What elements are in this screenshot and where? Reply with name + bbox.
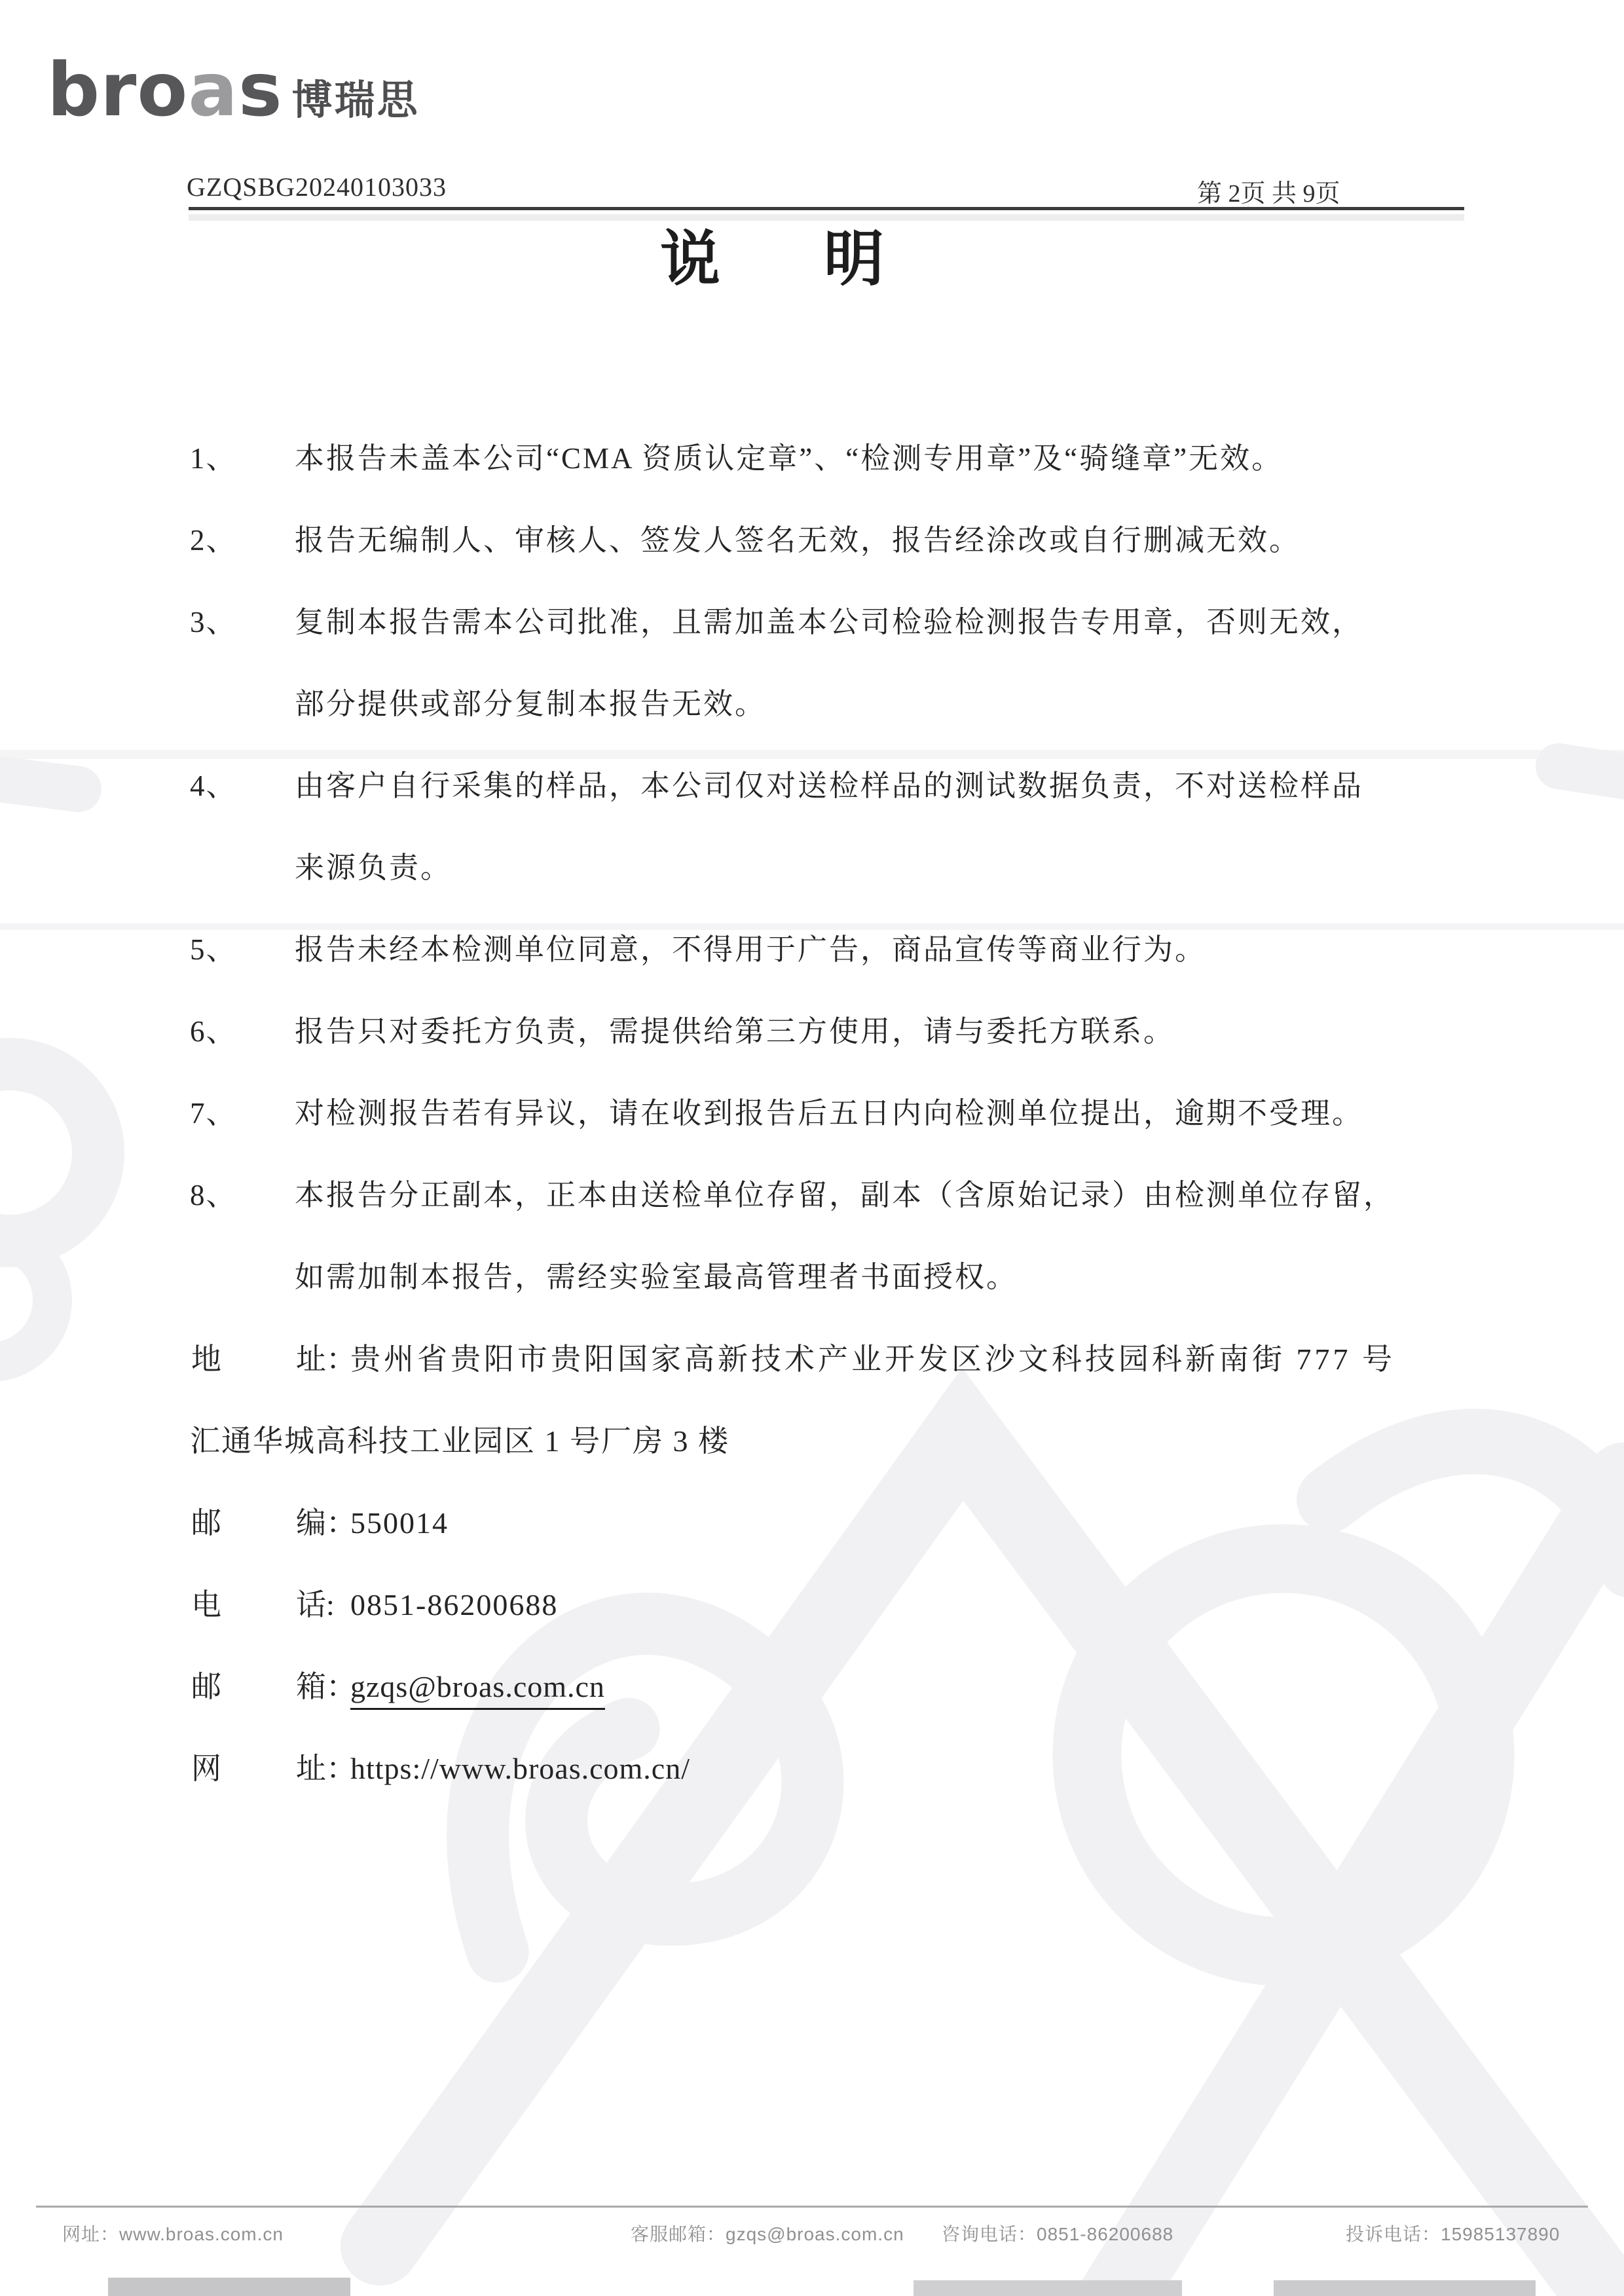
phone-label-colon: 话: bbox=[296, 1586, 335, 1624]
note-line: 部分提供或部分复制本报告无效。 bbox=[295, 686, 766, 722]
note-line: 来源负责。 bbox=[295, 849, 452, 886]
phone-value: 0851-86200688 bbox=[350, 1586, 558, 1624]
note-number: 6、 bbox=[190, 1013, 237, 1050]
note-line: 本报告分正副本，正本由送检单位存留，副本（含原始记录）由检测单位存留， bbox=[295, 1177, 1395, 1213]
note-line: 如需加制本报告，需经实验室最高管理者书面授权。 bbox=[295, 1259, 1018, 1295]
note-number: 7、 bbox=[190, 1095, 237, 1132]
address-value-line2: 汇通华城高科技工业园区 1 号厂房 3 楼 bbox=[190, 1422, 729, 1460]
website-label: 网 bbox=[191, 1750, 221, 1788]
header-rule-shadow bbox=[189, 214, 1464, 221]
website-value: https://www.broas.com.cn/ bbox=[350, 1750, 690, 1788]
note-line: 报告未经本检测单位同意，不得用于广告，商品宣传等商业行为。 bbox=[295, 931, 1206, 968]
note-number: 3、 bbox=[190, 604, 237, 640]
zip-label: 邮 bbox=[191, 1504, 221, 1542]
note-line: 复制本报告需本公司批准，且需加盖本公司检验检测报告专用章，否则无效， bbox=[295, 604, 1363, 640]
email-label: 邮 bbox=[191, 1668, 221, 1706]
address-value: 贵州省贵阳市贵阳国家高新技术产业开发区沙文科技园科新南街 777 号 bbox=[350, 1341, 1395, 1379]
zip-value: 550014 bbox=[350, 1504, 449, 1542]
note-line: 报告无编制人、审核人、签发人签名无效，报告经涂改或自行删减无效。 bbox=[295, 522, 1301, 559]
page-indicator: 第 2页 共 9页 bbox=[1197, 173, 1340, 209]
address-label-colon: 址： bbox=[296, 1341, 356, 1379]
document-page: broas 博瑞思 GZQSBG20240103033 第 2页 共 9页 说明… bbox=[0, 0, 1624, 2296]
note-line: 报告只对委托方负责，需提供给第三方使用，请与委托方联系。 bbox=[295, 1013, 1175, 1050]
page-title: 说明 bbox=[660, 229, 884, 289]
zip-label-colon: 编： bbox=[296, 1504, 356, 1542]
report-number: GZQSBG20240103033 bbox=[187, 172, 447, 202]
note-number: 1、 bbox=[190, 440, 237, 477]
logo-latin-text: broas bbox=[47, 54, 283, 127]
footer-complaint-phone: 投诉电话：15985137890 bbox=[1346, 2220, 1560, 2246]
email-value-link: gzqs@broas.com.cn bbox=[350, 1668, 605, 1710]
note-number: 8、 bbox=[190, 1177, 237, 1213]
logo-cjk-text: 博瑞思 bbox=[292, 80, 420, 127]
footer-rule bbox=[36, 2206, 1588, 2208]
note-line: 由客户自行采集的样品，本公司仅对送检样品的测试数据负责，不对送检样品 bbox=[295, 768, 1363, 804]
note-number: 4、 bbox=[190, 768, 237, 804]
note-line: 本报告未盖本公司“CMA 资质认定章”、“检测专用章”及“骑缝章”无效。 bbox=[295, 440, 1283, 477]
note-number: 5、 bbox=[190, 931, 237, 968]
email-label-colon: 箱： bbox=[296, 1668, 356, 1706]
footer-service-email: 客服邮箱：gzqs@broas.com.cn bbox=[631, 2220, 904, 2246]
footer-inquiry-phone: 咨询电话：0851-86200688 bbox=[942, 2220, 1173, 2246]
company-logo: broas 博瑞思 bbox=[47, 54, 420, 127]
footer-website: 网址：www.broas.com.cn bbox=[62, 2220, 284, 2246]
header-rule bbox=[189, 207, 1464, 210]
note-number: 2、 bbox=[190, 522, 237, 559]
note-line: 对检测报告若有异议，请在收到报告后五日内向检测单位提出，逾期不受理。 bbox=[295, 1095, 1363, 1132]
phone-label: 电 bbox=[191, 1586, 221, 1624]
website-label-colon: 址： bbox=[296, 1750, 356, 1788]
address-label: 地 bbox=[191, 1341, 221, 1379]
